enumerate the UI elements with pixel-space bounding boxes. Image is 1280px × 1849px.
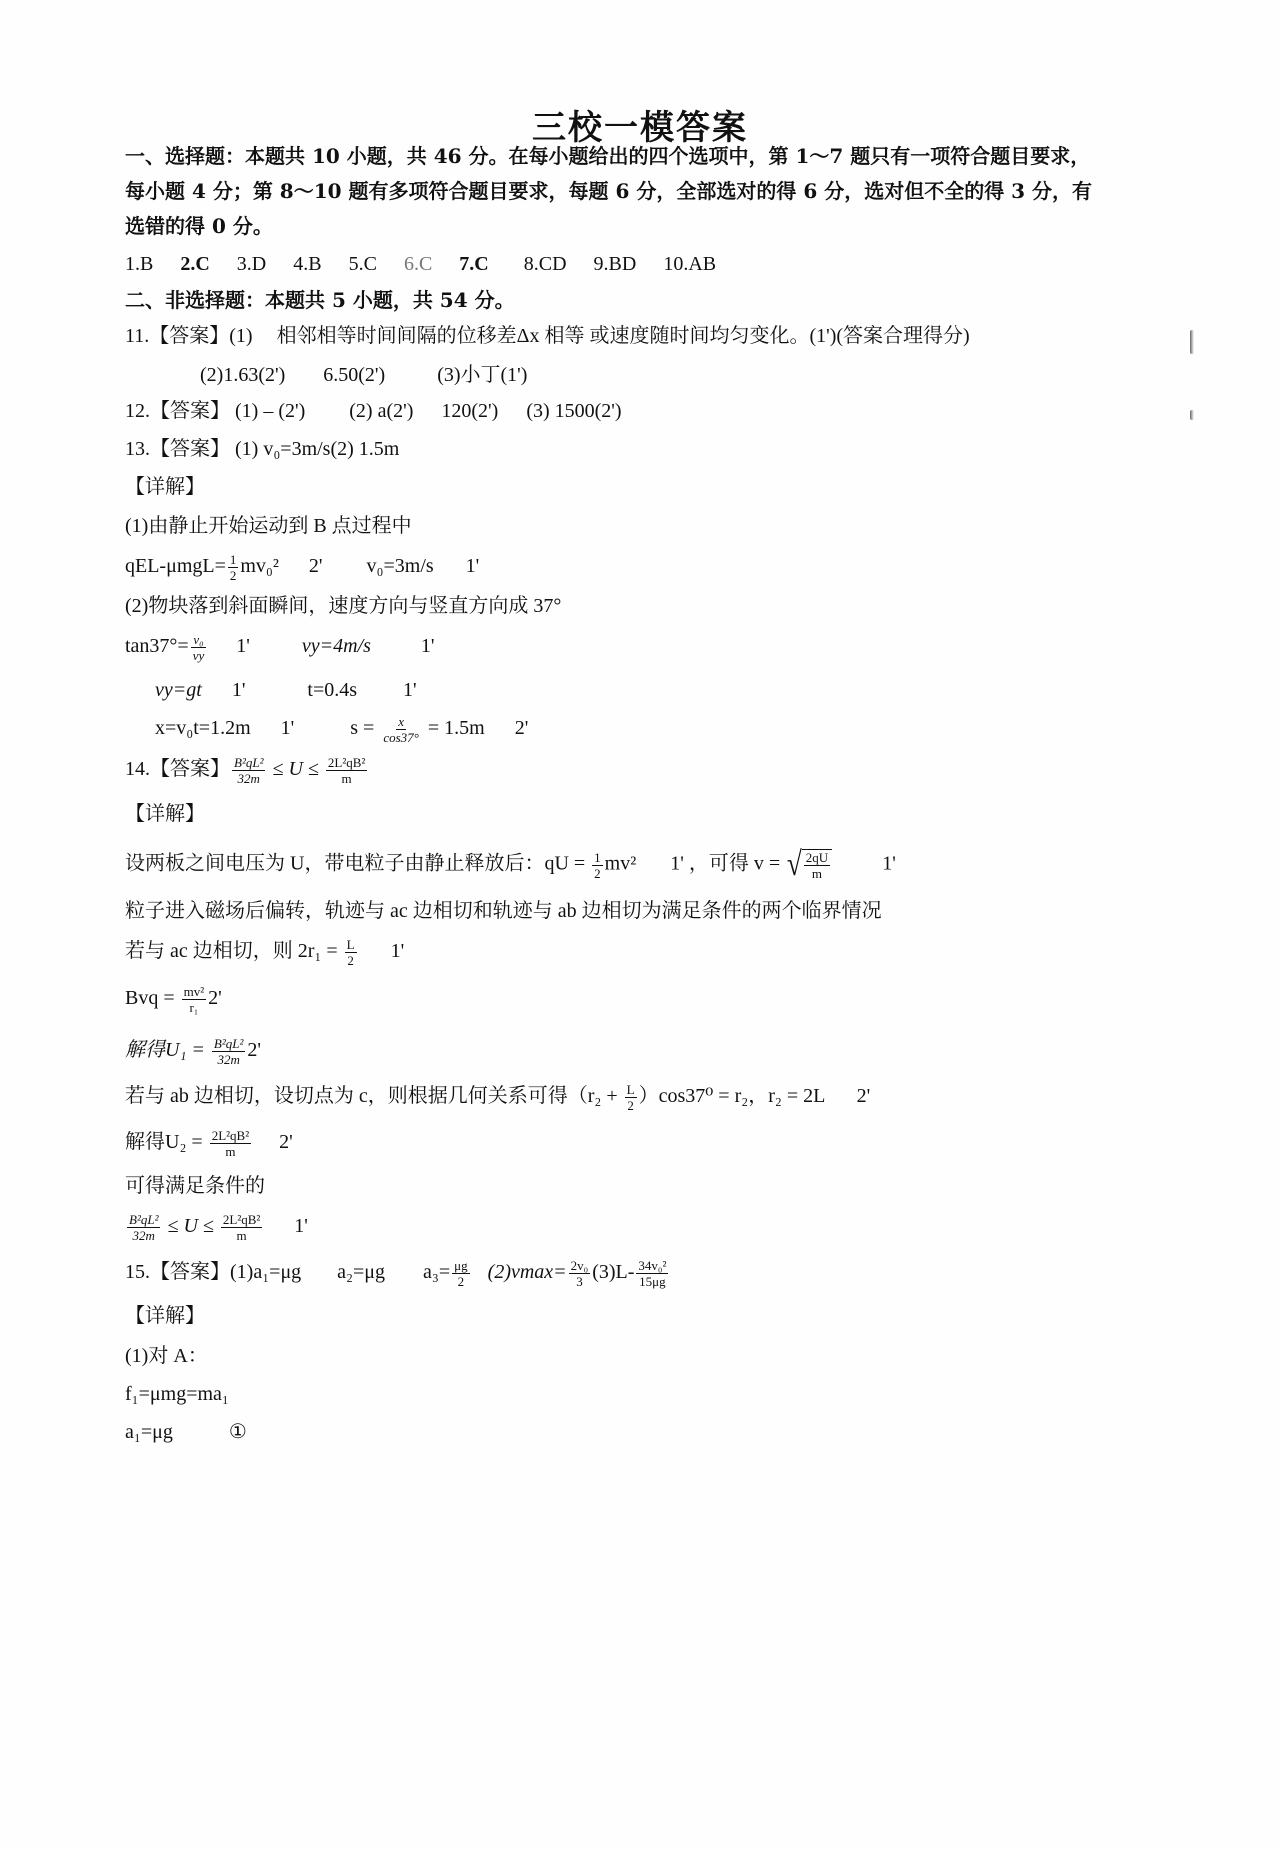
text: 若与 ab 边相切，设切点为 c，则根据几何关系可得（r₂ + — [125, 1085, 623, 1107]
q14-line3: 若与 ac 边相切，则 2r₁ = L2 1' — [125, 937, 404, 968]
q15-prefix: 15.【答案】 — [125, 1261, 230, 1283]
fraction-numerator: 1 — [592, 850, 603, 866]
fraction-denominator: 2 — [625, 1098, 636, 1113]
equation-left: tan37°= — [125, 635, 189, 657]
fraction-numerator: 2qU — [804, 850, 830, 866]
score-mark: 2' — [515, 717, 529, 739]
q13-tan-line: tan37°=v₀vy 1' vy=4m/s 1' — [125, 632, 435, 663]
score-mark: 1' — [281, 717, 295, 739]
equation: x=v₀t=1.2m — [155, 717, 251, 739]
q11-part2a: (2)1.63(2') — [200, 364, 285, 386]
fraction-denominator: m — [235, 1228, 249, 1243]
q14-answer-line: 14.【答案】B²qL²32m ≤ U ≤ 2L²qB²m — [125, 755, 369, 786]
fraction-numerator: L — [345, 937, 357, 953]
fraction-half: 12 — [228, 552, 239, 583]
q13-answer-line: 13.【答案】 (1) v₀=3m/s(2) 1.5m — [125, 435, 399, 463]
equation-left: Bvq = — [125, 987, 180, 1009]
q15-vmax-left: (2)vmax= — [488, 1261, 567, 1283]
equation-right: mv₀² — [240, 555, 279, 577]
equation-right: mv² — [605, 853, 637, 875]
section1-heading-line2: 每小题 4 分；第 8～10 题有多项符合题目要求，每题 6 分，全部选对的得 … — [125, 177, 1092, 205]
fraction-numerator: 2L²qB² — [326, 755, 367, 771]
fraction-denominator: 15μg — [637, 1274, 667, 1289]
score-mark: 1' — [391, 940, 405, 962]
q15-a3-left: a₃= — [423, 1261, 450, 1283]
text: 若与 ac 边相切，则 2r₁ = — [125, 940, 343, 962]
choice-answers-row: 1.B 2.C 3.D 4.B 5.C 6.C 7.C 8.CD 9.BD 10… — [125, 250, 738, 278]
q13-step1-title: (1)由静止开始运动到 B 点过程中 — [125, 512, 412, 540]
fraction-u1: B²qL²32m — [212, 1036, 245, 1067]
inequality: ≤ U ≤ — [267, 758, 323, 780]
score-mark: 1' — [403, 679, 417, 701]
fraction-numerator: 2L²qB² — [210, 1128, 251, 1144]
q15-a1-equation: a₁=μg ① — [125, 1418, 247, 1446]
q14-line4: Bvq = mv²r₁2' — [125, 984, 222, 1015]
fraction-denominator: 32m — [236, 771, 262, 786]
answer-document-page: 三校一模答案 一、选择题：本题共 10 小题，共 46 分。在每小题给出的四个选… — [0, 0, 1280, 1849]
scan-artifact-mark — [1190, 410, 1194, 420]
fraction-numerator: L — [625, 1082, 637, 1098]
q13-x-line: x=v₀t=1.2m 1' s = xcos37° = 1.5m 2' — [155, 714, 528, 745]
fraction-denominator: r₁ — [187, 1000, 200, 1015]
score-mark: 1' — [294, 1215, 308, 1237]
q13-prefix: 13.【答案】 — [125, 438, 230, 460]
fraction-denominator: 2 — [592, 866, 603, 881]
choice-answer-3: 3.D — [237, 250, 266, 278]
q11-part1-text: 相邻相等时间间隔的位移差Δx 相等 或速度随时间均匀变化。(1')(答案合理得分… — [277, 325, 970, 347]
fraction-numerator: mv² — [182, 984, 207, 1000]
equation-left: 解得U₂ = — [125, 1131, 208, 1153]
score-mark: 2' — [247, 1039, 261, 1061]
text: 设两板之间电压为 U，带电粒子由静止释放后：qU = — [125, 853, 590, 875]
fraction-numerator: 2L²qB² — [221, 1212, 262, 1228]
fraction-s: xcos37° — [381, 714, 421, 745]
q12-part2b: 120(2') — [441, 400, 498, 422]
q15-step1-title: (1)对 A： — [125, 1342, 208, 1370]
fraction-denominator: 2 — [345, 953, 356, 968]
equation-right: ）cos37⁰ = r₂，r₂ = 2L — [639, 1085, 825, 1107]
q12-prefix: 12.【答案】 — [125, 400, 230, 422]
score-mark: 1' — [236, 635, 250, 657]
q14-line7: 解得U₂ = 2L²qB²m 2' — [125, 1128, 293, 1159]
q14-line8: 可得满足条件的 — [125, 1172, 265, 1200]
fraction-numerator: 2v₀ — [569, 1258, 591, 1274]
fraction-numerator: x — [396, 714, 406, 730]
inequality: ≤ U ≤ — [162, 1215, 218, 1237]
fraction-u2: 2L²qB²m — [210, 1128, 251, 1159]
q11-part2b: 6.50(2') — [323, 364, 385, 386]
equation-left: 解得U₁ = — [125, 1039, 210, 1061]
text: ，可得 v = — [689, 853, 785, 875]
q14-line5: 解得U₁ = B²qL²32m2' — [125, 1036, 261, 1067]
section1-heading-line3: 选错的得 0 分。 — [125, 212, 273, 240]
q11-part3: (3)小丁(1') — [437, 364, 527, 386]
fraction-denominator: 3 — [574, 1274, 585, 1289]
fraction-numerator: B²qL² — [232, 755, 265, 771]
score-mark: 2' — [857, 1085, 871, 1107]
section1-heading-line1: 一、选择题：本题共 10 小题，共 46 分。在每小题给出的四个选项中，第 1～… — [125, 142, 1090, 170]
equation: vy=gt — [155, 679, 202, 701]
q11-answer-line1: 11.【答案】(1) 相邻相等时间间隔的位移差Δx 相等 或速度随时间均匀变化。… — [125, 322, 970, 350]
fraction-l-over-2: L2 — [345, 937, 357, 968]
choice-answer-7: 7.C — [459, 250, 488, 278]
q13-vy-gt-line: vy=gt 1' t=0.4s 1' — [155, 676, 417, 704]
q13-step1-equation: qEL-μmgL=12mv₀² 2' v₀=3m/s 1' — [125, 552, 479, 583]
q14-line9: B²qL²32m ≤ U ≤ 2L²qB²m 1' — [125, 1212, 308, 1243]
q11-answer-line2: (2)1.63(2') 6.50(2') (3)小丁(1') — [200, 361, 527, 389]
fraction-denominator: vy — [191, 648, 207, 663]
fraction-numerator: B²qL² — [212, 1036, 245, 1052]
q14-line6: 若与 ab 边相切，设切点为 c，则根据几何关系可得（r₂ + L2）cos37… — [125, 1082, 870, 1113]
scan-artifact-mark — [1190, 330, 1194, 354]
fraction-lower-bound: B²qL²32m — [127, 1212, 160, 1243]
fraction-denominator: 32m — [131, 1228, 157, 1243]
choice-answer-8: 8.CD — [524, 250, 567, 278]
score-mark: 1' — [670, 853, 684, 875]
fraction-denominator: m — [340, 771, 354, 786]
fraction-tan: v₀vy — [191, 632, 207, 663]
fraction-numerator: 34v₀² — [636, 1258, 668, 1274]
equation-result: vy=4m/s — [302, 635, 371, 657]
equation-right: = 1.5m — [423, 717, 485, 739]
equation-left: s = — [350, 717, 379, 739]
fraction-denominator: cos37° — [381, 730, 421, 745]
fraction-upper-bound: 2L²qB²m — [221, 1212, 262, 1243]
q14-line1: 设两板之间电压为 U，带电粒子由静止释放后：qU = 12mv² 1' ，可得 … — [125, 848, 896, 882]
fraction-a3: μg2 — [452, 1258, 469, 1289]
choice-answer-9: 9.BD — [594, 250, 637, 278]
q13-step2-title: (2)物块落到斜面瞬间，速度方向与竖直方向成 37° — [125, 592, 561, 620]
fraction-upper-bound: 2L²qB²m — [326, 755, 367, 786]
fraction-lower-bound: B²qL²32m — [232, 755, 265, 786]
q15-detail-label: 【详解】 — [125, 1302, 205, 1330]
square-root: √2qUm — [785, 848, 832, 882]
equation-result: v₀=3m/s — [367, 555, 434, 577]
q11-prefix: 11.【答案】(1) — [125, 325, 253, 347]
fraction-numerator: 1 — [228, 552, 239, 568]
q12-part1: (1) – (2') — [235, 400, 305, 422]
fraction-numerator: μg — [452, 1258, 469, 1274]
fraction-denominator: m — [223, 1144, 237, 1159]
q12-part3: (3) 1500(2') — [526, 400, 621, 422]
score-mark: 2' — [279, 1131, 293, 1153]
score-mark: 2' — [309, 555, 323, 577]
q13-detail-label: 【详解】 — [125, 473, 205, 501]
q15-a2: a₂=μg — [337, 1261, 385, 1283]
fraction-l-over-2: L2 — [625, 1082, 637, 1113]
equation: a₁=μg — [125, 1421, 173, 1443]
fraction-denominator: 2 — [228, 568, 239, 583]
score-mark: 2' — [208, 987, 222, 1009]
fraction-denominator: m — [810, 866, 824, 881]
q14-prefix: 14.【答案】 — [125, 758, 230, 780]
score-mark: 1' — [232, 679, 246, 701]
fraction-centripetal: mv²r₁ — [182, 984, 207, 1015]
q14-line2: 粒子进入磁场后偏转，轨迹与 ac 边相切和轨迹与 ab 边相切为满足条件的两个临… — [125, 897, 882, 925]
q15-part3-left: (3)L- — [592, 1261, 634, 1283]
q12-part2a: (2) a(2') — [349, 400, 413, 422]
score-mark: 1' — [882, 853, 896, 875]
equation-left: qEL-μmgL= — [125, 555, 226, 577]
circled-number-marker: ① — [229, 1421, 247, 1443]
score-mark: 1' — [421, 635, 435, 657]
choice-answer-2: 2.C — [180, 250, 209, 278]
equation-result: t=0.4s — [307, 679, 357, 701]
fraction-numerator: v₀ — [191, 632, 205, 648]
q15-a1: (1)a₁=μg — [230, 1261, 301, 1283]
choice-answer-10: 10.AB — [663, 250, 716, 278]
fraction-denominator: 2 — [456, 1274, 467, 1289]
q15-f1-equation: f₁=μmg=ma₁ — [125, 1380, 229, 1408]
q13-answer: (1) v₀=3m/s(2) 1.5m — [235, 438, 399, 460]
section2-heading: 二、非选择题：本题共 5 小题，共 54 分。 — [125, 286, 515, 314]
choice-answer-4: 4.B — [293, 250, 321, 278]
choice-answer-6: 6.C — [404, 250, 432, 278]
q15-answer-line: 15.【答案】(1)a₁=μg a₂=μg a₃=μg2 (2)vmax=2v₀… — [125, 1258, 670, 1289]
fraction-half: 12 — [592, 850, 603, 881]
fraction-numerator: B²qL² — [127, 1212, 160, 1228]
fraction-part3: 34v₀²15μg — [636, 1258, 668, 1289]
score-mark: 1' — [466, 555, 480, 577]
fraction-denominator: 32m — [215, 1052, 241, 1067]
choice-answer-5: 5.C — [349, 250, 377, 278]
q14-detail-label: 【详解】 — [125, 800, 205, 828]
fraction-vmax: 2v₀3 — [569, 1258, 591, 1289]
q12-answer-line: 12.【答案】 (1) – (2') (2) a(2') 120(2') (3)… — [125, 397, 622, 425]
choice-answer-1: 1.B — [125, 250, 153, 278]
